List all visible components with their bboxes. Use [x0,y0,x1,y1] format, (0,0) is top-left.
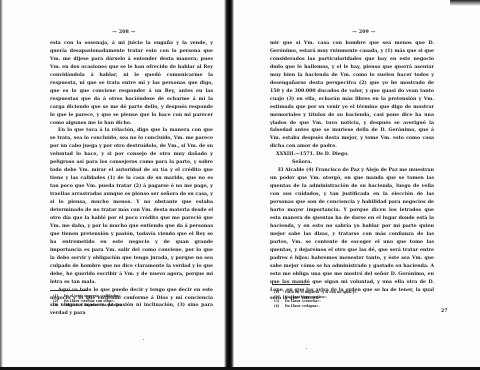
footnote-rule [50,290,88,291]
paragraph: En lo que toca á la rélación, digo que l… [50,127,213,286]
footnotes-left: (1)En el texto impreso «calidades». (2)E… [53,294,203,308]
scan-speck [306,348,307,349]
scan-speck [143,339,144,340]
footnote: (4)En Llaos «relapsa». [274,304,424,309]
right-page: — 209 — mir que si Vm. casa con hombre q… [234,0,480,365]
paragraph: El Alcalde (4) Francisco de Paz y Alejo … [270,167,434,302]
footnote-text: En Llaos «relapsa». [285,304,320,309]
page-number-right: — 209 — [234,30,480,35]
left-page-body: esta con la sosenaja, á mi juicio la eng… [50,40,213,318]
footnote-rule [272,284,310,285]
paragraph: mir que si Vm. casa con hombre que sea m… [270,40,434,151]
page-number-left: — 208 — [0,30,226,35]
left-page: — 208 — esta con la sosenaja, á mi juici… [0,0,226,365]
book-gutter [224,0,234,370]
letter-heading: XXXIII.—1571. De D. Diego. [270,151,434,159]
paragraph: esta con la sosenaja, á mi juicio la eng… [50,40,213,127]
footnote-number: (3) [53,303,60,308]
footnote-number: (4) [274,304,281,309]
footnote-text: Falta en el impreso esta palabra. [64,303,123,308]
signature-mark: 27 [441,309,447,314]
book-spread: — 208 — esta con la sosenaja, á mi juici… [0,0,480,370]
right-page-body: mir que si Vm. casa con hombre que sea m… [270,40,434,302]
footnote: (3)Falta en el impreso esta palabra. [53,303,203,308]
salutation: Señora. [270,159,434,167]
footnotes-right: (1)Falta en el impreso «y si con no igua… [274,290,424,308]
